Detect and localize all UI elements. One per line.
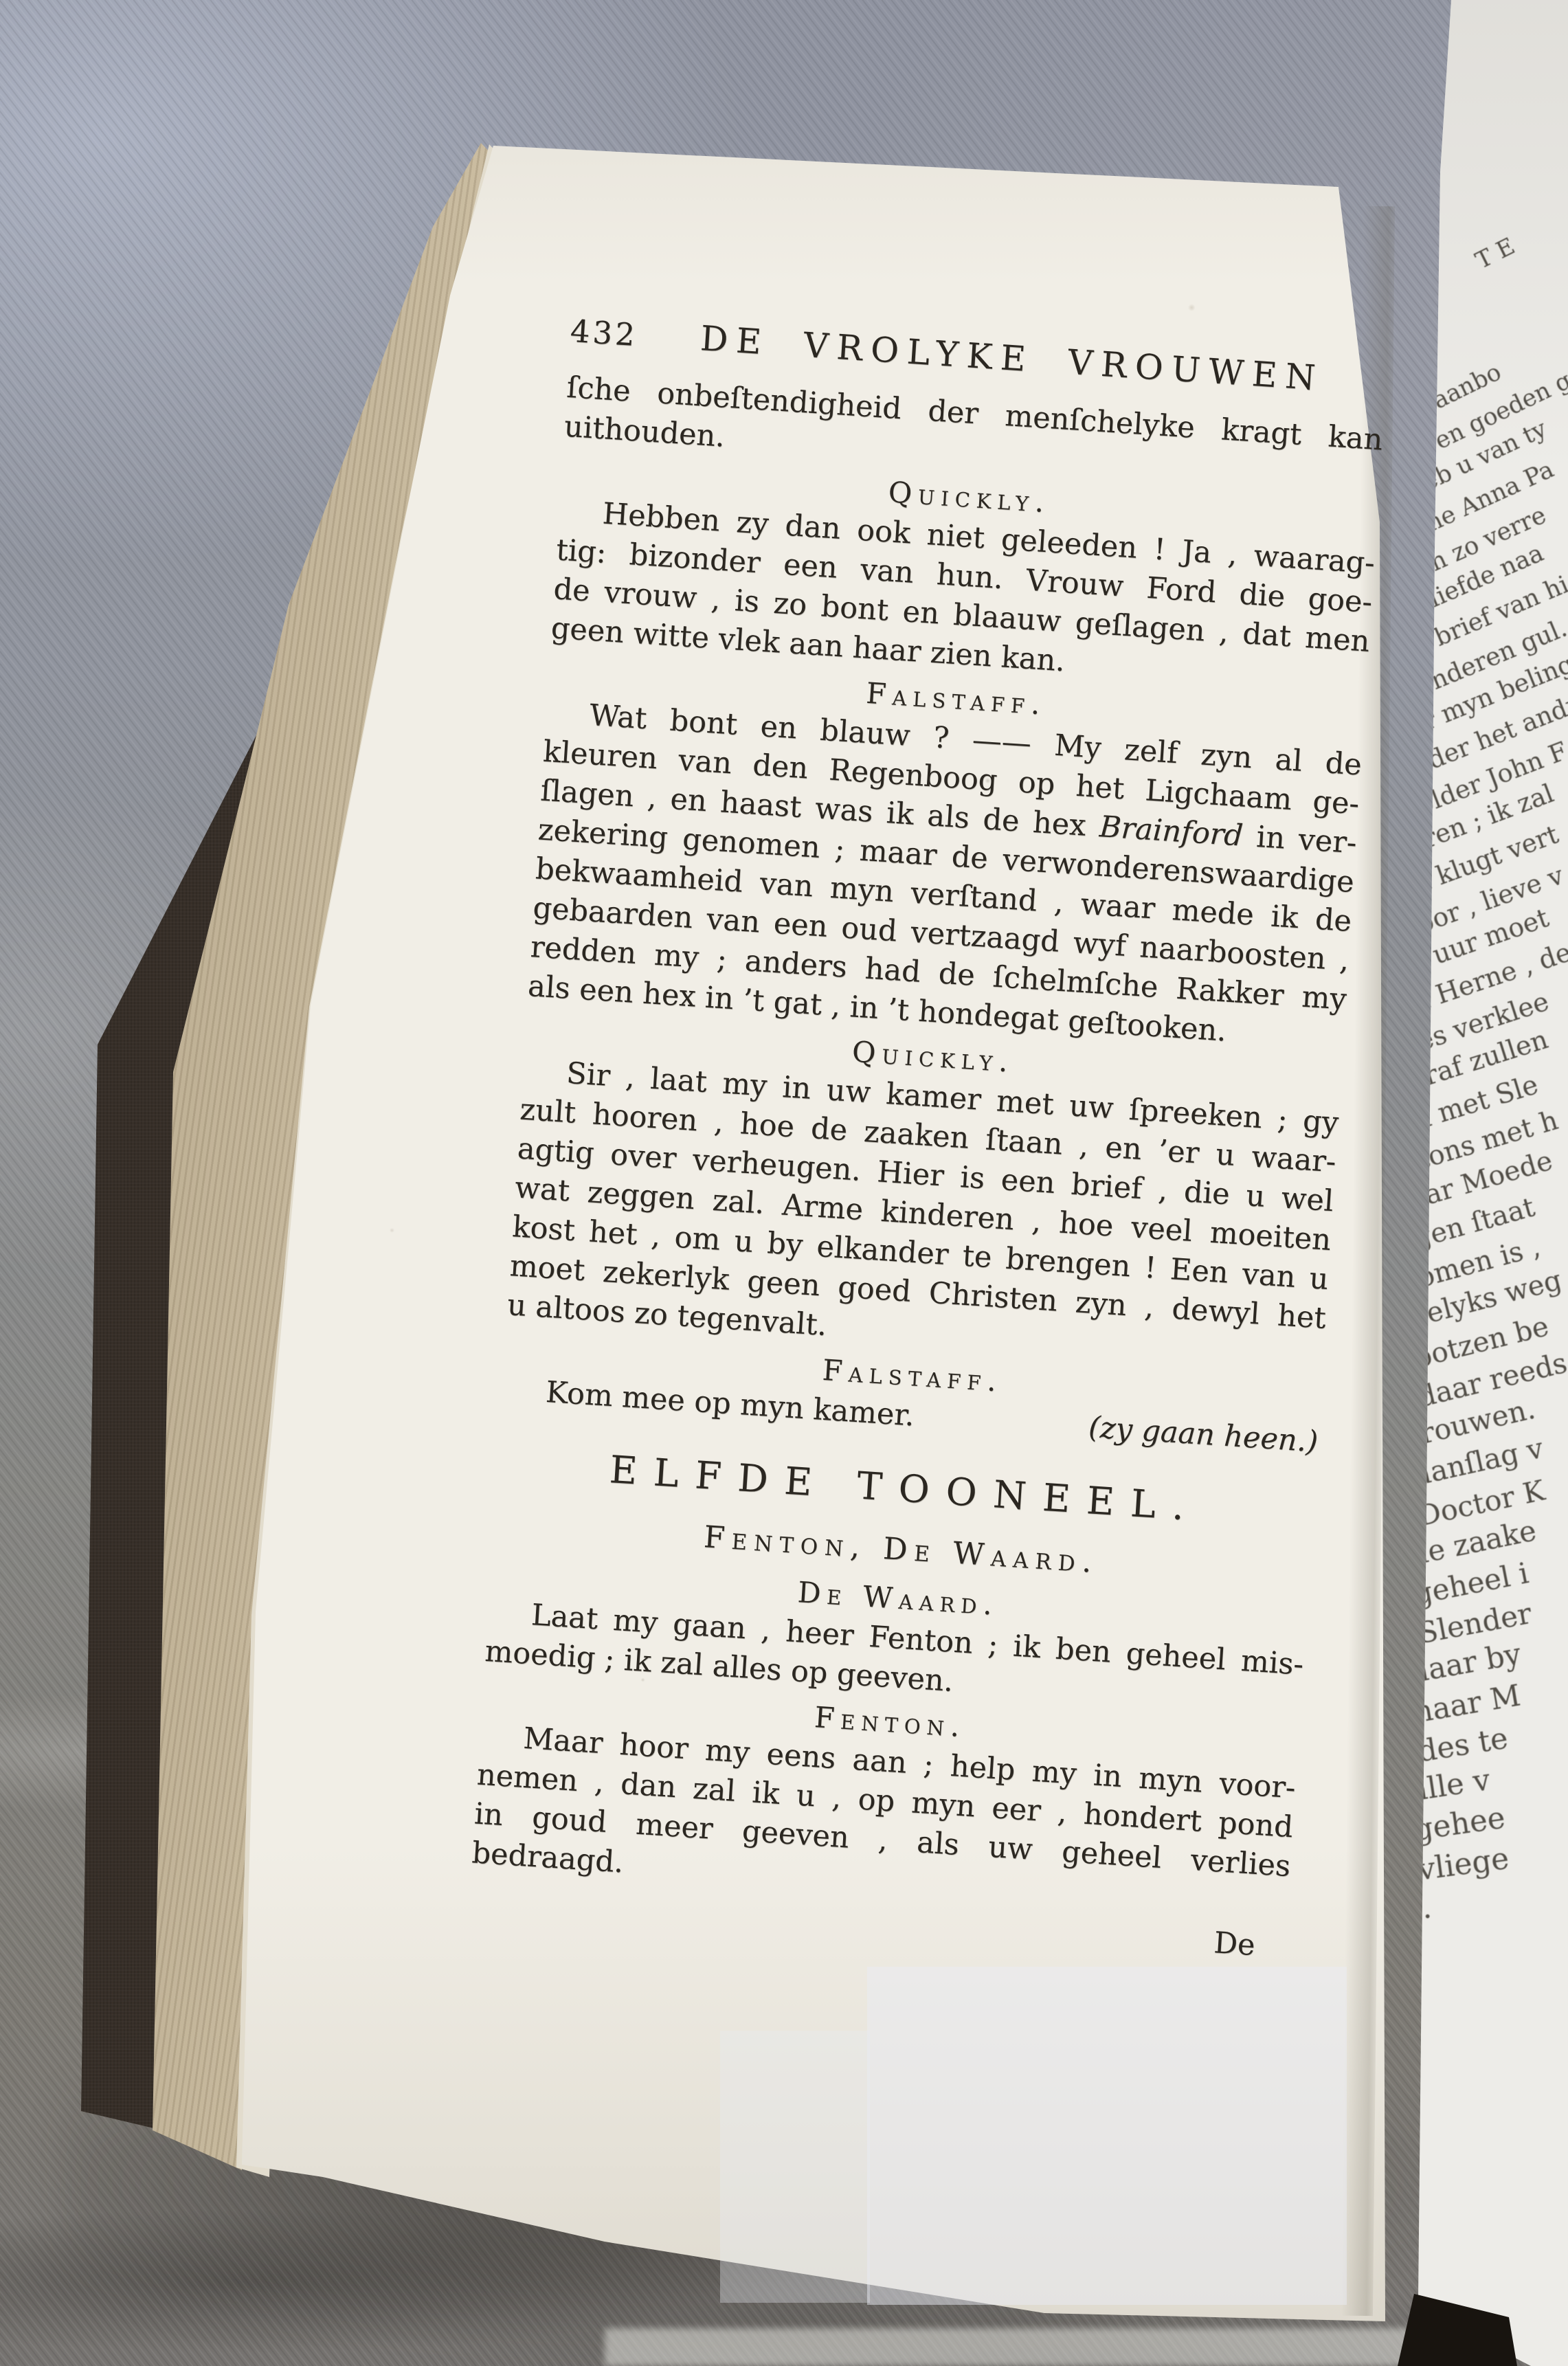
text-segment: in ver- bbox=[1242, 819, 1358, 861]
right-page-fragment: gehee bbox=[1412, 1801, 1508, 1848]
right-page-fragment: T E bbox=[1471, 232, 1519, 275]
photo-artifact-patch bbox=[605, 2328, 1415, 2366]
page-text-flow: ſche onbeſtendigheid der menſchelyke kra… bbox=[471, 368, 1384, 1926]
photo-artifact-patch bbox=[867, 1967, 1347, 2305]
photo-artifact-patch bbox=[720, 2031, 870, 2303]
right-page-fragment: des te bbox=[1415, 1721, 1510, 1769]
left-page-text: 432 DE VROLYKE VROUWEN ſche onbeſtendigh… bbox=[468, 311, 1387, 1967]
italic-text: Brainford bbox=[1099, 810, 1244, 853]
book-photograph: T Eu aanbowen goeden gheb u van tyone An… bbox=[0, 0, 1568, 2366]
page-number: 432 bbox=[569, 311, 638, 355]
right-page-fragment: vliege bbox=[1416, 1841, 1511, 1888]
